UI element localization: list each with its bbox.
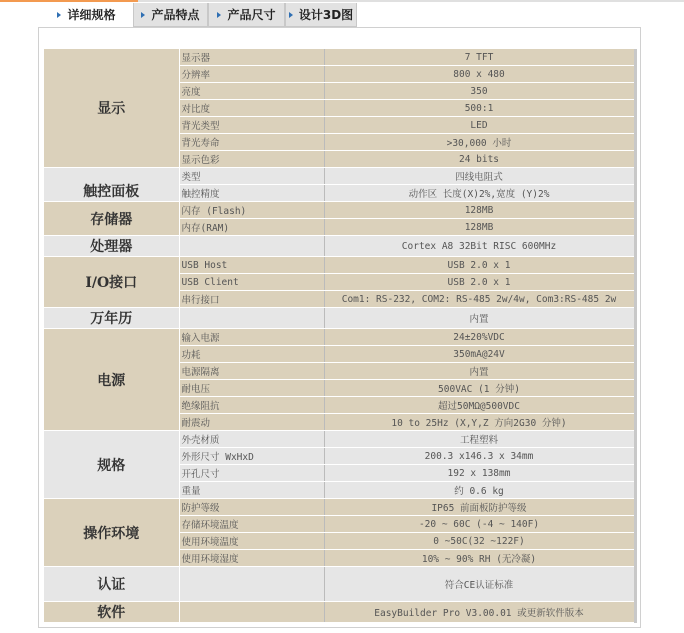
top-accent-bar — [0, 0, 138, 2]
row-label — [179, 236, 324, 257]
row-label — [179, 308, 324, 329]
category-rtc: 万年历 — [44, 308, 179, 329]
row-label: USB Host — [179, 257, 324, 274]
row-value: -20 ~ 60C (-4 ~ 140F) — [324, 516, 635, 533]
table-row: 处理器 Cortex A8 32Bit RISC 600MHz — [44, 236, 635, 257]
tab-arrow-icon — [141, 12, 145, 18]
row-value: 超过50MΩ@500VDC — [324, 397, 635, 414]
category-display: 显示 — [44, 49, 179, 168]
row-value: 200.3 x146.3 x 34mm — [324, 448, 635, 465]
category-processor: 处理器 — [44, 236, 179, 257]
table-row: 认证 符合CE认证标准 — [44, 567, 635, 602]
row-value: 192 x 138mm — [324, 465, 635, 482]
row-value: IP65 前面板防护等级 — [324, 499, 635, 516]
row-value: 10 to 25Hz (X,Y,Z 方向2G30 分钟) — [324, 414, 635, 431]
row-label: 对比度 — [179, 100, 324, 117]
row-value: 24±20%VDC — [324, 329, 635, 346]
row-value: 7 TFT — [324, 49, 635, 66]
row-label: 触控精度 — [179, 185, 324, 202]
category-software: 软件 — [44, 602, 179, 623]
row-label: 耐震动 — [179, 414, 324, 431]
table-row: 软件 EasyBuilder Pro V3.00.01 或更新软件版本 — [44, 602, 635, 623]
row-label: 使用环境温度 — [179, 533, 324, 550]
row-label: 使用环境湿度 — [179, 550, 324, 567]
row-value: 500:1 — [324, 100, 635, 117]
row-value: 内置 — [324, 308, 635, 329]
row-value: 0 ~50C(32 ~122F) — [324, 533, 635, 550]
category-touch-panel: 触控面板 — [44, 168, 179, 202]
tab-arrow-icon — [57, 12, 61, 18]
table-row: 显示 显示器 7 TFT — [44, 49, 635, 66]
table-row: 万年历 内置 — [44, 308, 635, 329]
row-value: 128MB — [324, 202, 635, 219]
row-value: 动作区 长度(X)2%,宽度 (Y)2% — [324, 185, 635, 202]
row-label: 显示色彩 — [179, 151, 324, 168]
row-value: LED — [324, 117, 635, 134]
row-label: 分辨率 — [179, 66, 324, 83]
row-value: 500VAC (1 分钟) — [324, 380, 635, 397]
tab-product-dimensions[interactable]: 产品尺寸 — [208, 3, 285, 27]
row-label: 背光寿命 — [179, 134, 324, 151]
category-certification: 认证 — [44, 567, 179, 602]
category-io: I/O接口 — [44, 257, 179, 308]
row-value: USB 2.0 x 1 — [324, 274, 635, 291]
row-label: 存储环境温度 — [179, 516, 324, 533]
row-value: 800 x 480 — [324, 66, 635, 83]
row-label: 输入电源 — [179, 329, 324, 346]
spec-table: 显示 显示器 7 TFT 分辨率 800 x 480 亮度 350 对比度 50… — [44, 49, 637, 623]
tab-detailed-specs[interactable]: 详细规格 — [40, 3, 133, 27]
row-value: 四线电阻式 — [324, 168, 635, 185]
tab-bar: 详细规格 产品特点 产品尺寸 设计3D图 — [40, 3, 357, 27]
table-row: 存储器 闪存 (Flash) 128MB — [44, 202, 635, 219]
tab-label: 设计3D图 — [299, 3, 353, 27]
row-label: USB Client — [179, 274, 324, 291]
row-value: 350 — [324, 83, 635, 100]
table-row: 电源 输入电源 24±20%VDC — [44, 329, 635, 346]
row-value: EasyBuilder Pro V3.00.01 或更新软件版本 — [324, 602, 635, 623]
row-value: >30,000 小时 — [324, 134, 635, 151]
row-label: 外形尺寸 WxHxD — [179, 448, 324, 465]
table-row: 触控面板 类型 四线电阻式 — [44, 168, 635, 185]
row-value: 128MB — [324, 219, 635, 236]
category-environment: 操作环境 — [44, 499, 179, 567]
row-value: 10% ~ 90% RH (无冷凝) — [324, 550, 635, 567]
row-label: 耐电压 — [179, 380, 324, 397]
category-specifications: 规格 — [44, 431, 179, 499]
table-row: I/O接口 USB Host USB 2.0 x 1 — [44, 257, 635, 274]
tab-arrow-icon — [289, 12, 293, 18]
tab-label: 详细规格 — [67, 3, 115, 27]
row-label: 亮度 — [179, 83, 324, 100]
row-value: 24 bits — [324, 151, 635, 168]
category-power: 电源 — [44, 329, 179, 431]
tab-3d-design[interactable]: 设计3D图 — [285, 3, 357, 27]
tab-arrow-icon — [217, 12, 221, 18]
row-label: 串行接口 — [179, 291, 324, 308]
row-label: 绝缘阻抗 — [179, 397, 324, 414]
row-value: 符合CE认证标准 — [324, 567, 635, 602]
category-storage: 存储器 — [44, 202, 179, 236]
row-label: 功耗 — [179, 346, 324, 363]
row-label — [179, 602, 324, 623]
row-value: 约 0.6 kg — [324, 482, 635, 499]
row-label: 电源隔离 — [179, 363, 324, 380]
tab-product-features[interactable]: 产品特点 — [133, 3, 208, 27]
table-row: 规格 外壳材质 工程塑料 — [44, 431, 635, 448]
tab-label: 产品特点 — [151, 3, 199, 27]
row-value: 350mA@24V — [324, 346, 635, 363]
row-label: 显示器 — [179, 49, 324, 66]
row-label: 重量 — [179, 482, 324, 499]
table-row: 操作环境 防护等级 IP65 前面板防护等级 — [44, 499, 635, 516]
row-value: 工程塑料 — [324, 431, 635, 448]
row-value: USB 2.0 x 1 — [324, 257, 635, 274]
row-label: 闪存 (Flash) — [179, 202, 324, 219]
row-value: Cortex A8 32Bit RISC 600MHz — [324, 236, 635, 257]
tab-label: 产品尺寸 — [227, 3, 275, 27]
row-label: 内存(RAM) — [179, 219, 324, 236]
row-label: 背光类型 — [179, 117, 324, 134]
row-value: Com1: RS-232, COM2: RS-485 2w/4w, Com3:R… — [324, 291, 635, 308]
row-label — [179, 567, 324, 602]
row-value: 内置 — [324, 363, 635, 380]
row-label: 开孔尺寸 — [179, 465, 324, 482]
row-label: 类型 — [179, 168, 324, 185]
row-label: 防护等级 — [179, 499, 324, 516]
row-label: 外壳材质 — [179, 431, 324, 448]
